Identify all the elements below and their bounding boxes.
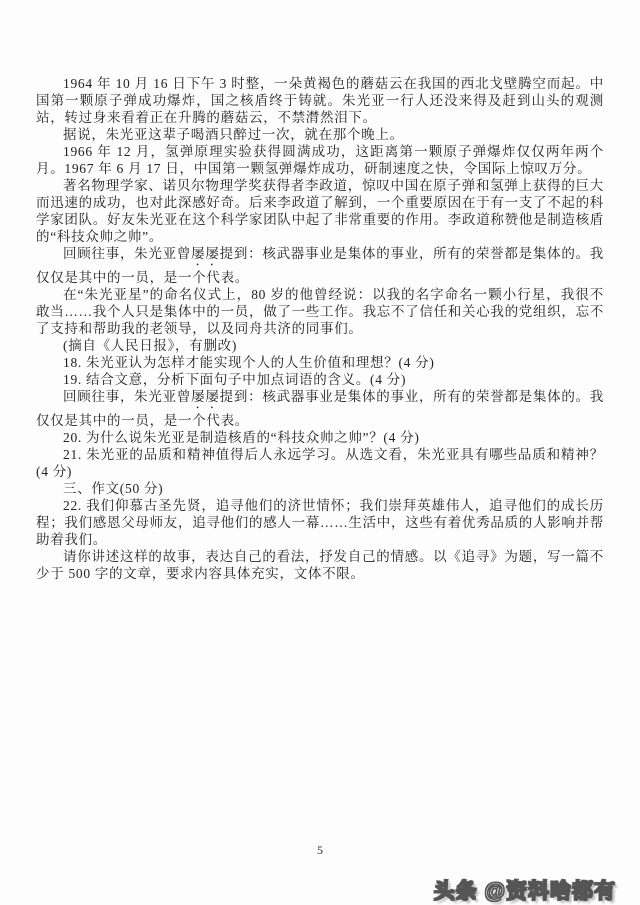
emphasized-word: 屡屡 <box>191 246 219 261</box>
passage-paragraph-3: 1966 年 12 月，氢弹原理实验获得圆满成功，这距离第一颗原子弹爆炸仅仅两年… <box>36 143 604 177</box>
question-19-quote: 回顾往事，朱光亚曾屡屡提到：核武器事业是集体的事业，所有的荣誉都是集体的。我仅仅… <box>36 388 604 429</box>
question-22: 22. 我们仰慕古圣先贤，追寻他们的济世情怀；我们崇拜英雄伟人，追寻他们的成长历… <box>36 497 604 548</box>
watermark: 头条 @资料啥都有 <box>434 883 616 900</box>
question-21: 21. 朱光亚的品质和精神值得后人永远学习。从选文看，朱光亚具有哪些品质和精神？… <box>36 446 604 480</box>
section-heading-composition: 三、作文(50 分) <box>36 480 604 497</box>
quote-text-pre: 回顾往事，朱光亚曾 <box>63 389 191 404</box>
page-number: 5 <box>0 842 640 859</box>
question-18: 18. 朱光亚认为怎样才能实现个人的人生价值和理想？(4 分) <box>36 354 604 371</box>
passage-paragraph-6: 在“朱光亚星”的命名仪式上，80 岁的他曾经说：以我的名字命名一颗小行星，我很不… <box>36 286 604 337</box>
exam-page: 1964 年 10 月 16 日下午 3 时整，一朵黄褐色的蘑菇云在我国的西北戈… <box>0 0 640 905</box>
passage-paragraph-5: 回顾往事，朱光亚曾屡屡提到：核武器事业是集体的事业，所有的荣誉都是集体的。我仅仅… <box>36 245 604 286</box>
passage-paragraph-2: 据说，朱光亚这辈子喝酒只醉过一次，就在那个晚上。 <box>36 126 604 143</box>
passage-paragraph-1: 1964 年 10 月 16 日下午 3 时整，一朵黄褐色的蘑菇云在我国的西北戈… <box>36 75 604 126</box>
question-19: 19. 结合文意，分析下面句子中加点词语的含义。(4 分) <box>36 371 604 388</box>
question-20: 20. 为什么说朱光亚是制造核盾的“科技众帅之帅”？(4 分) <box>36 429 604 446</box>
passage-source-note: (摘自《人民日报》，有删改) <box>36 337 604 354</box>
quote-text-pre: 回顾往事，朱光亚曾 <box>63 246 191 261</box>
question-22-instructions: 请你讲述这样的故事，表达自己的看法，抒发自己的情感。以《追寻》为题，写一篇不少于… <box>36 548 604 582</box>
emphasized-word: 屡屡 <box>191 389 219 404</box>
passage-paragraph-4: 著名物理学家、诺贝尔物理学奖获得者李政道，惊叹中国在原子弹和氢弹上获得的巨大而迅… <box>36 177 604 245</box>
reading-passage: 1964 年 10 月 16 日下午 3 时整，一朵黄褐色的蘑菇云在我国的西北戈… <box>36 75 604 354</box>
